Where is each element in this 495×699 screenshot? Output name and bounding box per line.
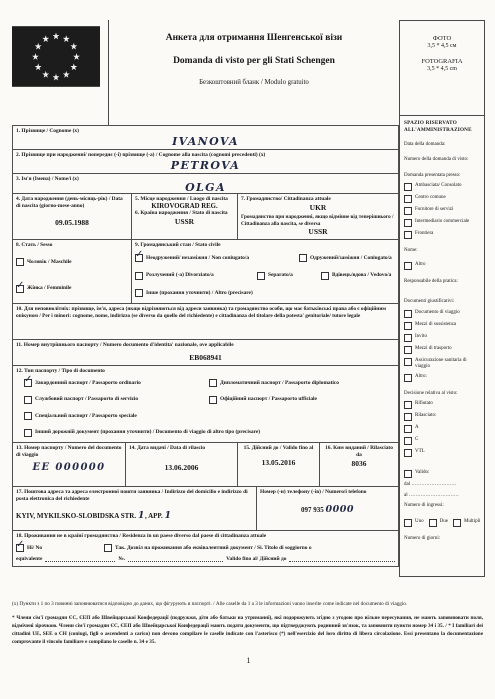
field-11-label: 11. Номер внутрішнього паспорту / Numero… (16, 342, 395, 349)
row-sex-civil-status: 8. Стать / Sesso Чоловік / Maschile Жінк… (12, 239, 399, 304)
admin-border-label: Frontiera (415, 231, 433, 237)
admin-doc-insurance: Assicurazione sanitaria di viaggio (404, 358, 481, 371)
admin-entries-two-checkbox[interactable] (429, 519, 437, 527)
footnotes: (x) Пункти з 1 по 3 повинні заповнюватис… (12, 600, 485, 646)
admin-option-common-centre: Centro comune (404, 195, 481, 203)
passport-ordinary-label: Закордонний паспорт / Passaporto ordinar… (35, 380, 141, 386)
admin-doc-transport-label: Mezzi di trasporto (415, 346, 452, 352)
admin-doc-invitation: Invito (404, 334, 481, 342)
admin-valid-to-line: al ………………………… (404, 493, 481, 499)
admin-entries-one-checkbox[interactable] (404, 519, 412, 527)
field-16-label: 16. Ким виданий / Rilasciato da (323, 445, 395, 459)
admin-type-c-label: C (415, 437, 418, 443)
passport-official-checkbox[interactable] (209, 396, 217, 404)
admin-entries-two: Due (429, 519, 448, 527)
field-18-residence-other-country: 18. Проживання не в країні громадянства … (12, 530, 399, 567)
permit-dotted-line-3[interactable] (289, 561, 395, 562)
passport-diplomatic-checkbox[interactable] (209, 379, 217, 387)
civil-widowed-label: Вдівець/вдова / Vedovo/a (332, 272, 391, 278)
admin-other-checkbox[interactable] (404, 262, 412, 270)
admin-valid-checkbox[interactable] (404, 470, 412, 478)
admin-doc-travel-document: Documento di viaggio (404, 310, 481, 318)
eu-flag-icon (12, 26, 100, 87)
civil-married-checkbox[interactable] (299, 254, 307, 262)
address-app-label: , APP. (145, 512, 163, 520)
field-17-address-phone: 17. Поштова адреса та адреса електронної… (12, 486, 399, 531)
civil-separated-label: Separato/a (268, 272, 293, 278)
photo-size-uk: 3,5 * 4,5 см (400, 43, 484, 49)
admin-entries-two-label: Due (440, 519, 448, 525)
admin-entries-label: Numero di ingressi: (404, 503, 481, 509)
admin-refused-checkbox[interactable] (404, 401, 412, 409)
field-14-label: 14. Дата видачі / Data di rilascio (129, 445, 234, 452)
residence-permit-line: equivalente №. Valido fino al/ Дійсний д… (16, 556, 395, 562)
field-9-civil-status: 9. Громадянський стан / Stato civile Нео… (131, 240, 398, 303)
field-6-value[interactable]: USSR (135, 217, 234, 226)
civil-divorced-label: Розлучений (-а) Divorziato/a (146, 272, 214, 278)
field-5-value[interactable]: KIROVOGRAD REG. (135, 203, 234, 210)
residence-equivalente-label: equivalente (16, 556, 42, 562)
civil-single-label: Неодружений/ незаміжня / Non coniugato/a (146, 255, 249, 261)
field-17-label: 17. Поштова адреса та адреса електронної… (16, 489, 253, 503)
admin-doc-subsistence-checkbox[interactable] (404, 322, 412, 330)
permit-dotted-line-2[interactable] (128, 561, 223, 562)
field-15-value[interactable]: 13.05.2016 (241, 458, 316, 467)
field-15-label: 15. Дійсний до / Valido fino al (241, 445, 316, 452)
admin-doc-means-subsistence: Mezzi di sussistenza (404, 322, 481, 330)
form-title-ukrainian: Анкета для отримання Шенгенської візи (109, 33, 399, 43)
passport-other-label: Інший дорожній документ (прохання уточни… (35, 429, 260, 435)
row-passport-details: 13. Номер паспорту / Numero del document… (12, 442, 399, 487)
field-17-address-value[interactable]: KYIV, MYKILSKO-SLOBIDSKA STR. 1, APP. 1 (16, 510, 253, 521)
form-subtitle: Безкоштовний бланк / Modulo gratuito (109, 79, 399, 86)
admin-doc-other: Altro: (404, 374, 481, 382)
field-7-citizenship: 7. Громадянство/ Cittadinanza attuale UK… (237, 194, 398, 239)
passport-service-option: Службовий паспорт / Passaporto di serviz… (24, 396, 209, 404)
field-14-value[interactable]: 13.06.2006 (129, 463, 234, 472)
admin-entries-multiple-checkbox[interactable] (453, 519, 461, 527)
field-7-subvalue[interactable]: USSR (241, 227, 395, 236)
field-2-value[interactable]: PETROVA (16, 159, 395, 172)
passport-ordinary-checkbox[interactable] (24, 379, 32, 387)
field-7-value[interactable]: UKR (241, 203, 395, 212)
photo-area: ФОТО 3,5 * 4,5 см FOTOGRAFIA 3,5 * 4,5 c… (400, 21, 484, 116)
admin-name-label: Nome: (404, 248, 481, 254)
passport-special-label: Спеціальний паспорт / Passaporto special… (35, 413, 137, 419)
admin-intermediary-label: Intermediario commerciale (415, 219, 469, 225)
field-1-label: 1. Прізвище / Cognome (x) (16, 128, 395, 135)
admin-option-intermediary: Intermediario commerciale (404, 219, 481, 227)
admin-type-c-checkbox[interactable] (404, 437, 412, 445)
residence-no-checkbox[interactable] (16, 544, 24, 552)
field-7-sublabel: Громадянство при народженні, якщо відмін… (241, 214, 395, 227)
field-11-national-id: 11. Номер внутрішнього паспорту / Numero… (12, 339, 399, 366)
civil-single-option: Неодружений/ незаміжня / Non coniugato/a (135, 254, 285, 262)
admin-option-service-provider: Fornitore di servizi (404, 207, 481, 215)
field-18-label: 18. Проживання не в країні громадянства … (16, 533, 395, 540)
field-15-valid-until: 15. Дійсний до / Valido fino al 13.05.20… (237, 443, 319, 486)
eu-flag-logo (12, 20, 108, 125)
permit-number-label: №. (118, 556, 125, 562)
admin-embassy-label: Ambasciata/ Consolato (415, 183, 462, 189)
admin-common-centre-checkbox[interactable] (404, 195, 412, 203)
page-number: 1 (12, 656, 485, 665)
field-16-value[interactable]: 8036 (323, 459, 395, 468)
address-house-number-handwritten: 1 (138, 510, 145, 521)
passport-diplomatic-label: Дипломатичний паспорт / Passaporto diplo… (220, 380, 339, 386)
footnote-eu-family-members: * Члени сім'ї громадян ЄС, ЄЕП або Швейц… (12, 614, 483, 646)
admin-days-label: Numero di giorni: (404, 536, 481, 542)
admin-issued-checkbox[interactable] (404, 413, 412, 421)
civil-divorced-option: Розлучений (-а) Divorziato/a (135, 272, 245, 280)
admin-valid-from-line: dal ……………………… (404, 482, 481, 488)
field-13-passport-number: 13. Номер паспорту / Numero del document… (13, 443, 125, 486)
admin-decision-issued: Rilasciato: (404, 413, 481, 421)
content-row: Анкета для отримання Шенгенської візи Do… (12, 20, 485, 577)
civil-other-checkbox[interactable] (135, 289, 143, 297)
civil-married-label: Одружений/заміжня / Coniugato/a (310, 255, 392, 261)
admin-docs-label: Documenti giustificativi: (404, 299, 481, 305)
field-1-value[interactable]: IVANOVA (16, 135, 395, 148)
admin-doc-insurance-label: Assicurazione sanitaria di viaggio (415, 358, 481, 371)
passport-other-option: Інший дорожній документ (прохання уточни… (24, 429, 260, 437)
admin-type-vtl-checkbox[interactable] (404, 449, 412, 457)
civil-single-checkbox[interactable] (135, 254, 143, 262)
admin-service-provider-label: Fornitore di servizi (415, 207, 453, 213)
civil-widowed-checkbox[interactable] (321, 272, 329, 280)
sex-male-option: Чоловік / Maschile (16, 258, 128, 266)
field-4-label: 4. Дата народження (день-місяць-рік) / D… (16, 196, 128, 210)
permit-valid-label: Valido fino al/ Дійсний до (226, 556, 286, 562)
phone-handwritten-part: 0000 (326, 504, 354, 515)
admin-refused-label: Rifiutato (415, 401, 433, 407)
field-12-passport-type: 12. Тип паспорту / Tipo di documento Зак… (12, 365, 399, 443)
permit-dotted-line-1[interactable] (45, 561, 115, 562)
visa-application-form-page: Анкета для отримання Шенгенської візи Do… (0, 0, 495, 699)
field-13-value[interactable]: EE 000000 (16, 462, 122, 473)
admin-date-label: Data della domanda: (404, 142, 481, 148)
civil-divorced-checkbox[interactable] (135, 272, 143, 280)
admin-doc-subsistence-label: Mezzi di sussistenza (415, 322, 456, 328)
field-9-label: 9. Громадянський стан / Stato civile (135, 242, 395, 249)
sex-female-checkbox[interactable] (16, 285, 24, 293)
admin-doc-invitation-label: Invito (415, 334, 427, 340)
admin-entries-one: Uno (404, 519, 424, 527)
civil-separated-checkbox[interactable] (257, 272, 265, 280)
passport-special-checkbox[interactable] (24, 412, 32, 420)
photo-label-it: FOTOGRAFIA (400, 58, 484, 65)
photo-size-it: 3,5 * 4,5 cm (400, 66, 484, 72)
admin-doc-travel-label: Documento di viaggio (415, 310, 460, 316)
admin-responsible-label: Responsabile della pratica: (404, 279, 481, 285)
field-16-issued-by: 16. Ким виданий / Rilasciato da 8036 (319, 443, 398, 486)
field-4-date-of-birth: 4. Дата народження (день-місяць-рік) / D… (13, 194, 131, 239)
passport-official-option: Офіційний паспорт / Passaporto ufficiale (209, 396, 317, 404)
admin-type-a-checkbox[interactable] (404, 425, 412, 433)
field-2-surname-at-birth: 2. Прізвище при народженні/ попереднє (-… (12, 149, 399, 174)
admin-option-other: Altro (404, 262, 481, 270)
admin-doc-transport: Mezzi di trasporto (404, 346, 481, 354)
admin-visa-type-c: C (404, 437, 481, 445)
sex-female-option: Жінка / Femminile (16, 285, 128, 293)
admin-service-provider-checkbox[interactable] (404, 207, 412, 215)
passport-ordinary-option: Закордонний паспорт / Passaporto ordinar… (24, 379, 209, 387)
residence-yes-label: Так. Дозвіл на проживання або еквівалент… (115, 545, 312, 551)
form-title-italian: Domanda di visto per gli Stati Schengen (109, 56, 399, 66)
field-6-label: 6. Країна народження / Stato di nascita (135, 210, 234, 217)
civil-other-label: Інше (прохання уточнити) / Altro (precis… (146, 290, 253, 296)
admin-valid-label: Valido: (415, 470, 429, 476)
field-10-label: 10. Для неповнолітніх: прізвище, ім'я, а… (16, 306, 395, 320)
admin-valid-option: Valido: (404, 470, 481, 478)
field-17-address: 17. Поштова адреса та адреса електронної… (13, 487, 256, 530)
passport-service-label: Службовий паспорт / Passaporto di serviz… (35, 396, 138, 402)
admin-border-checkbox[interactable] (404, 231, 412, 239)
admin-decision-refused: Rifiutato (404, 401, 481, 409)
admin-reserved-panel: SPAZIO RISERVATO ALL'AMMINISTRAZIONE Dat… (400, 116, 484, 576)
admin-doc-other-label: Altro: (415, 374, 427, 380)
field-11-value[interactable]: EB068941 (16, 353, 395, 362)
phone-label: Номер (-и) телефону (-ів) / Numero/i tel… (260, 489, 395, 496)
residence-yes-checkbox[interactable] (104, 544, 112, 552)
admin-visa-type-a: A (404, 425, 481, 433)
phone-typed-part: 097 935 (301, 506, 324, 514)
civil-separated-option: Separato/a (257, 272, 309, 280)
row-birth-citizenship: 4. Дата народження (день-місяць-рік) / D… (12, 193, 399, 240)
admin-other-label: Altro (415, 262, 426, 268)
admin-option-embassy: Ambasciata/ Consolato (404, 183, 481, 191)
passport-special-option: Спеціальний паспорт / Passaporto special… (24, 412, 137, 420)
admin-doc-travel-checkbox[interactable] (404, 310, 412, 318)
admin-intermediary-checkbox[interactable] (404, 219, 412, 227)
field-1-surname: 1. Прізвище / Cognome (x) IVANOVA (12, 125, 399, 150)
civil-widowed-option: Вдівець/вдова / Vedovo/a (321, 272, 391, 280)
admin-embassy-checkbox[interactable] (404, 183, 412, 191)
photo-label-uk: ФОТО (400, 35, 484, 42)
admin-decision-label: Decisione relativa al visto: (404, 391, 481, 397)
admin-visa-number-label: Numero della domanda di visto: (404, 157, 481, 163)
admin-entries-multiple-label: Multipli (464, 519, 480, 525)
field-17-phone: Номер (-и) телефону (-ів) / Numero/i tel… (256, 487, 398, 530)
residence-no-option: Ні/ No (16, 544, 94, 552)
sex-male-label: Чоловік / Maschile (27, 259, 72, 265)
field-13-label: 13. Номер паспорту / Numero del document… (16, 445, 122, 459)
admin-entries-one-label: Uno (415, 519, 424, 525)
passport-diplomatic-option: Дипломатичний паспорт / Passaporto diplo… (209, 379, 339, 387)
field-14-date-of-issue: 14. Дата видачі / Data di rilascio 13.06… (125, 443, 237, 486)
passport-official-label: Офіційний паспорт / Passaporto ufficiale (220, 396, 317, 402)
admin-visa-type-vtl: VTL (404, 449, 481, 457)
field-2-label: 2. Прізвище при народженні/ попереднє (-… (16, 152, 395, 159)
admin-column: ФОТО 3,5 * 4,5 см FOTOGRAFIA 3,5 * 4,5 c… (399, 20, 485, 577)
sex-female-label: Жінка / Femminile (27, 285, 71, 291)
form-header: Анкета для отримання Шенгенської візи Do… (12, 20, 399, 125)
civil-married-option: Одружений/заміжня / Coniugato/a (299, 254, 392, 262)
residence-no-label: Ні/ No (27, 545, 42, 551)
field-5-6-place-country-of-birth: 5. Місце народження / Luogo di nascita K… (131, 194, 237, 239)
admin-doc-invitation-checkbox[interactable] (404, 334, 412, 342)
admin-title: SPAZIO RISERVATO ALL'AMMINISTRAZIONE (404, 120, 481, 133)
admin-issued-label: Rilasciato: (415, 413, 436, 419)
field-12-label: 12. Тип паспорту / Tipo di documento (16, 368, 395, 375)
admin-type-a-label: A (415, 425, 419, 431)
field-10-minors: 10. Для неповнолітніх: прізвище, ім'я, а… (12, 303, 399, 340)
admin-lodged-label: Domanda presentata presso: (404, 173, 481, 179)
passport-service-checkbox[interactable] (24, 396, 32, 404)
residence-yes-option: Так. Дозвіл на проживання або еквівалент… (104, 544, 395, 552)
field-8-label: 8. Стать / Sesso (16, 242, 128, 249)
address-app-number-handwritten: 1 (165, 510, 172, 521)
civil-other-option: Інше (прохання уточнити) / Altro (precis… (135, 289, 253, 297)
admin-doc-insurance-checkbox[interactable] (404, 358, 412, 366)
field-3-first-name: 3. Ім'я (Імена) / Nome/i (x) OLGA (12, 173, 399, 194)
form-column: Анкета для отримання Шенгенської візи Do… (12, 20, 399, 577)
admin-doc-transport-checkbox[interactable] (404, 346, 412, 354)
footnote-caselle-1-3: (x) Пункти з 1 по 3 повинні заповнюватис… (12, 600, 483, 608)
address-typed-part: KYIV, MYKILSKO-SLOBIDSKA STR. (16, 512, 136, 520)
admin-doc-other-checkbox[interactable] (404, 374, 412, 382)
admin-entries-multiple: Multipli (453, 519, 480, 527)
phone-value[interactable]: 097 935 0000 (260, 504, 395, 515)
admin-entries-options: Uno Due Multipli (404, 519, 481, 527)
admin-option-border: Frontiera (404, 231, 481, 239)
passport-other-checkbox[interactable] (24, 429, 32, 437)
field-8-sex: 8. Стать / Sesso Чоловік / Maschile Жінк… (13, 240, 131, 303)
admin-common-centre-label: Centro comune (415, 195, 446, 201)
field-5-label: 5. Місце народження / Luogo di nascita (135, 196, 234, 203)
form-titles: Анкета для отримання Шенгенської візи Do… (108, 20, 399, 125)
sex-male-checkbox[interactable] (16, 258, 24, 266)
field-7-label: 7. Громадянство/ Cittadinanza attuale (241, 196, 395, 203)
admin-type-vtl-label: VTL (415, 449, 425, 455)
field-4-value[interactable]: 09.05.1988 (16, 218, 128, 227)
